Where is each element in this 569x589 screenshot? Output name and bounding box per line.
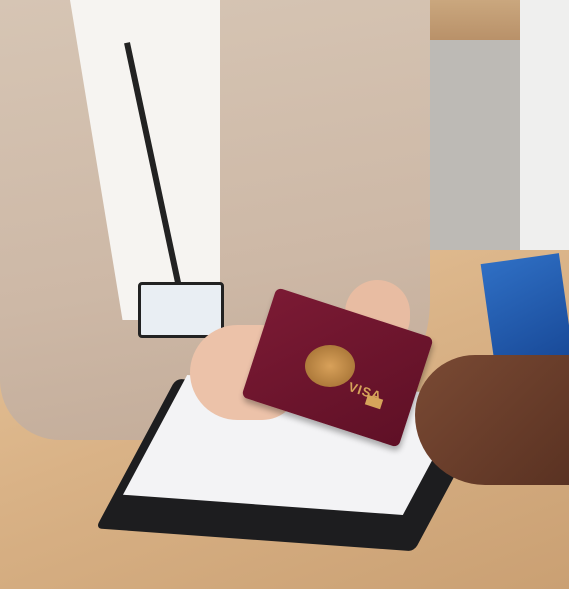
white-pillar bbox=[520, 0, 569, 250]
coat-of-arms-icon bbox=[305, 345, 355, 387]
id-badge bbox=[138, 282, 224, 338]
receiving-hand bbox=[415, 355, 569, 485]
